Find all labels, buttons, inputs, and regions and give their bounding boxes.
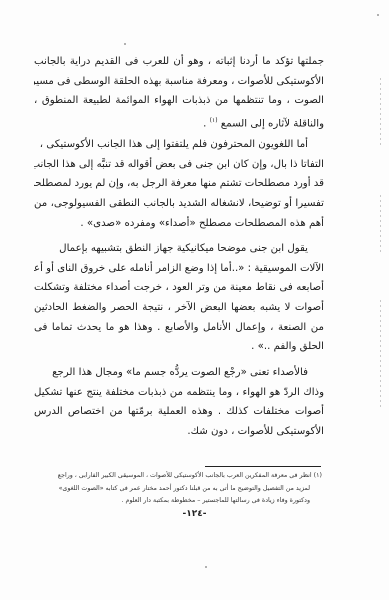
- text-line-last: الحلق والفم ..» .: [34, 337, 324, 357]
- text-line: الآلات الموسيقية : «..أما إذا وضع الزامر…: [34, 259, 324, 279]
- paragraph-1: جملتها تؤكد ما أردنا إثباته ، وهو أن للع…: [34, 52, 324, 131]
- footnote-line: ودكتورة وفاء زيادة فى رسالتها للماجستير …: [24, 495, 322, 508]
- text-line: من الصنعة ، وإعمال الأنامل والأصابع . وه…: [34, 318, 324, 338]
- text-line: أصوات مختلفات كذلك . وهذه العملية برمّته…: [34, 402, 324, 422]
- scan-speck: [205, 566, 207, 568]
- text-line: الصوت ، وما تنتظمها من ذبذبات الهواء الم…: [34, 91, 324, 111]
- scan-edge-mark: [380, 78, 381, 148]
- text-line: تفسيرا أو توضيحا، لانشغاله الشديد بالجان…: [34, 194, 324, 214]
- scan-edge-mark: [380, 195, 381, 255]
- text-line: أصوات لا يشبه بعضها البعض الآخر ، نتيجة …: [34, 298, 324, 318]
- text-line: قد أورد مصطلحات تشتم منها معرفة الرجل به…: [34, 174, 324, 194]
- paragraph-2: أما اللغويون المحترفون فلم يلتفتوا إلى ه…: [34, 135, 324, 233]
- text-line-last: الأكوستيكى للأصوات ، دون شك.: [34, 422, 324, 442]
- text-line: أما اللغويون المحترفون فلم يلتفتوا إلى ه…: [34, 135, 324, 155]
- text-line: يقول ابن جنى موضحا ميكانيكية جهاز النطق …: [34, 239, 324, 259]
- text-line-last: والناقلة لآثاره إلى السمع (١) .: [34, 111, 324, 131]
- paragraph-3: يقول ابن جنى موضحا ميكانيكية جهاز النطق …: [34, 239, 324, 357]
- paragraph-4: فالأصداء تعنى «رجْع الصوت يردُّه جسم ما»…: [34, 363, 324, 442]
- scan-speck: [124, 43, 126, 45]
- scanned-page: جملتها تؤكد ما أردنا إثباته ، وهو أن للع…: [0, 0, 389, 600]
- scan-speck: [377, 14, 379, 16]
- text-line: أصابعه فى نقاط معينة من وتر العود ، خرجت…: [34, 278, 324, 298]
- text-line: التفاتا ذا بال، وإن كان ابن جنى فى بعض أ…: [34, 155, 324, 175]
- text-line: الأكوستيكى للأصوات ، ومعرفة مناسبة بهذه …: [34, 72, 324, 92]
- footnote-line: لمزيد من التفصيل والتوضيح ما أتى به من ق…: [24, 483, 322, 496]
- text-line: فالأصداء تعنى «رجْع الصوت يردُّه جسم ما»…: [34, 363, 324, 383]
- text-line-last: أهم هذه المصطلحات مصطلح «أصداء» ومفرده «…: [34, 214, 324, 234]
- footnote-separator: [205, 466, 321, 467]
- page-number: -١٢٤-: [0, 509, 389, 519]
- footnote-line: (١) انظر فى معرفة المفكرين العرب بالجانب…: [24, 470, 322, 483]
- footnotes: (١) انظر فى معرفة المفكرين العرب بالجانب…: [24, 470, 322, 508]
- footnote-reference[interactable]: (١): [210, 117, 218, 124]
- text-line: وذاك الردّ هو الهواء ، وما ينتظمه من ذبذ…: [34, 383, 324, 403]
- text-line: جملتها تؤكد ما أردنا إثباته ، وهو أن للع…: [34, 52, 324, 72]
- text-fragment: والناقلة لآثاره إلى السمع: [221, 118, 324, 129]
- scan-edge-mark: [380, 300, 381, 410]
